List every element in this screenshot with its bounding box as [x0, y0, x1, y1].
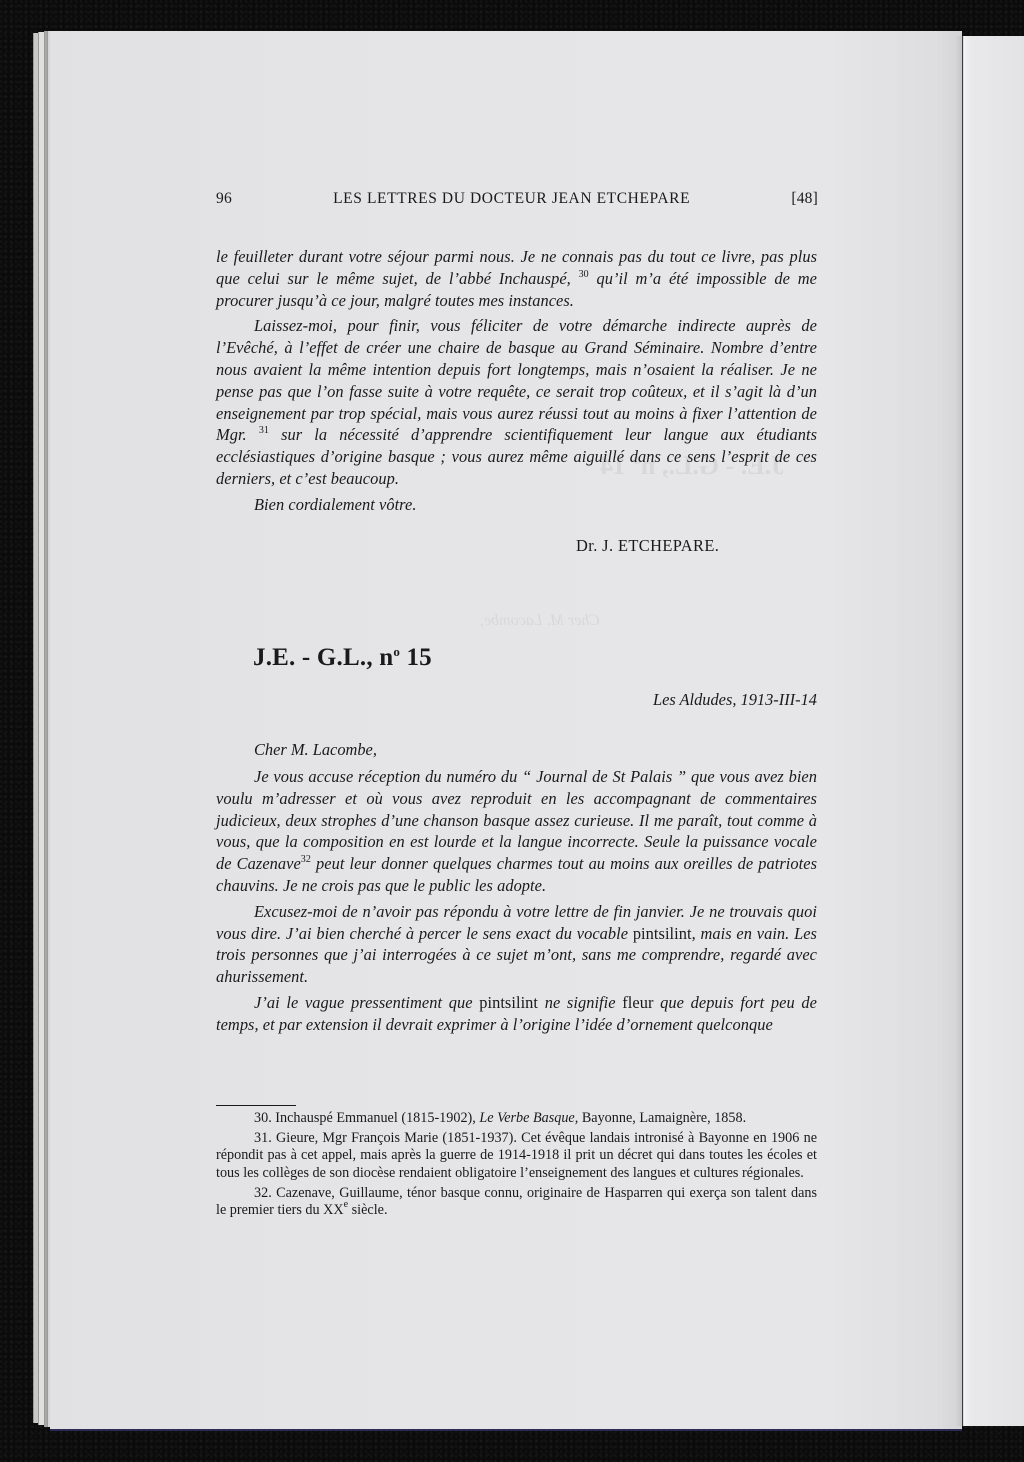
show-through-text: Cher M. Lacombe, — [480, 610, 600, 632]
paragraph: Je vous accuse réception du numéro du “ … — [216, 766, 817, 897]
paragraph: Excusez-moi de n’avoir pas répondu à vot… — [216, 901, 817, 988]
paragraph: Laissez-moi, pour finir, vous féliciter … — [216, 315, 817, 489]
paragraph: le feuilleter durant votre séjour parmi … — [216, 246, 817, 311]
dateline: Les Aldudes, 1913-III-14 — [653, 690, 817, 710]
running-head-title: LES LETTRES DU DOCTEUR JEAN ETCHEPARE — [333, 190, 690, 208]
salutation: Cher M. Lacombe, — [254, 740, 377, 760]
running-head: 96 LES LETTRES DU DOCTEUR JEAN ETCHEPARE… — [216, 190, 818, 212]
letter-body: Je vous accuse réception du numéro du “ … — [216, 766, 817, 1036]
basque-term: pintsilint — [633, 924, 692, 943]
page-number: 96 — [216, 190, 232, 208]
bracket-page-number: [48] — [791, 190, 818, 208]
basque-term: pintsilint — [479, 993, 538, 1012]
footnote-32: 32. Cazenave, Guillaume, ténor basque co… — [216, 1185, 817, 1219]
page-content: J.E. - G.L., nº 14 Cher M. Lacombe, 96 L… — [0, 0, 1024, 1462]
previous-letter-body: le feuilleter durant votre séjour parmi … — [216, 246, 817, 516]
footnote-ref-30: 30 — [579, 269, 589, 280]
footnote-31: 31. Gieure, Mgr François Marie (1851-193… — [216, 1130, 817, 1182]
closing-line: Bien cordialement vôtre. — [216, 494, 817, 516]
footnote-ref-31: 31 — [259, 425, 269, 436]
signature: Dr. J. ETCHEPARE. — [576, 536, 719, 556]
footnotes: 30. Inchauspé Emmanuel (1815-1902), Le V… — [216, 1110, 817, 1219]
paragraph: J’ai le vague pressentiment que pintsili… — [216, 992, 817, 1036]
footnote-30: 30. Inchauspé Emmanuel (1815-1902), Le V… — [216, 1110, 817, 1127]
footnote-separator — [216, 1105, 296, 1106]
french-term: fleur — [622, 993, 653, 1012]
footnote-ref-32: 32 — [301, 854, 311, 865]
letter-heading: J.E. - G.L., no 15 — [253, 644, 432, 672]
